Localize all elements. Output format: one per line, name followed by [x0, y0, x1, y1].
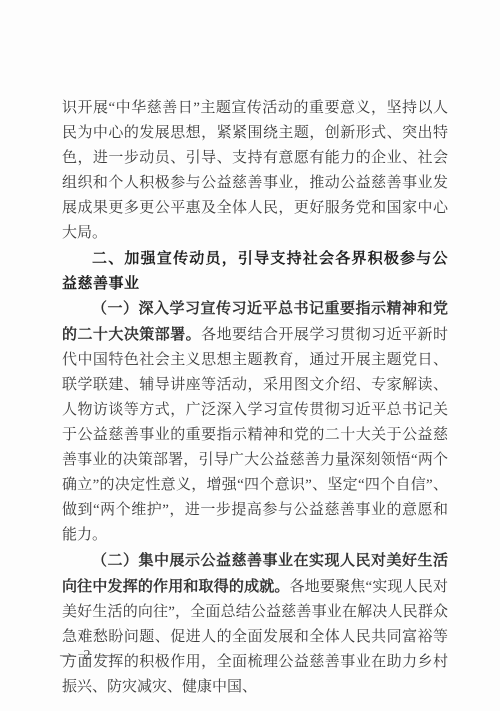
item-paragraph-1: （一）深入学习宣传习近平总书记重要指示精神和党的二十大决策部署。各地要结合开展学… [62, 296, 448, 548]
section-heading: 二、加强宣传动员，引导支持社会各界积极参与公益慈善事业 [62, 246, 448, 296]
item-2-body-text: 各地要聚焦“实现人民对美好生活的向往”，全面总结公益慈善事业在解决人民群众急难愁… [62, 579, 448, 695]
item-paragraph-2: （二）集中展示公益慈善事业在实现人民对美好生活向往中发挥的作用和取得的成就。各地… [62, 548, 448, 700]
continuation-paragraph-text: 识开展“中华慈善日”主题宣传活动的重要意义，坚持以人民为中心的发展思想，紧紧围绕… [62, 100, 448, 241]
page-number: — 2 — [60, 648, 117, 664]
continuation-paragraph: 识开展“中华慈善日”主题宣传活动的重要意义，坚持以人民为中心的发展思想，紧紧围绕… [62, 96, 448, 246]
item-1-body-text: 各地要结合开展学习贯彻习近平新时代中国特色社会主义思想主题教育，通过开展主题党日… [62, 327, 448, 543]
document-text-block: 识开展“中华慈善日”主题宣传活动的重要意义，坚持以人民为中心的发展思想，紧紧围绕… [62, 96, 448, 700]
scanned-document-page: 识开展“中华慈善日”主题宣传活动的重要意义，坚持以人民为中心的发展思想，紧紧围绕… [0, 0, 500, 711]
